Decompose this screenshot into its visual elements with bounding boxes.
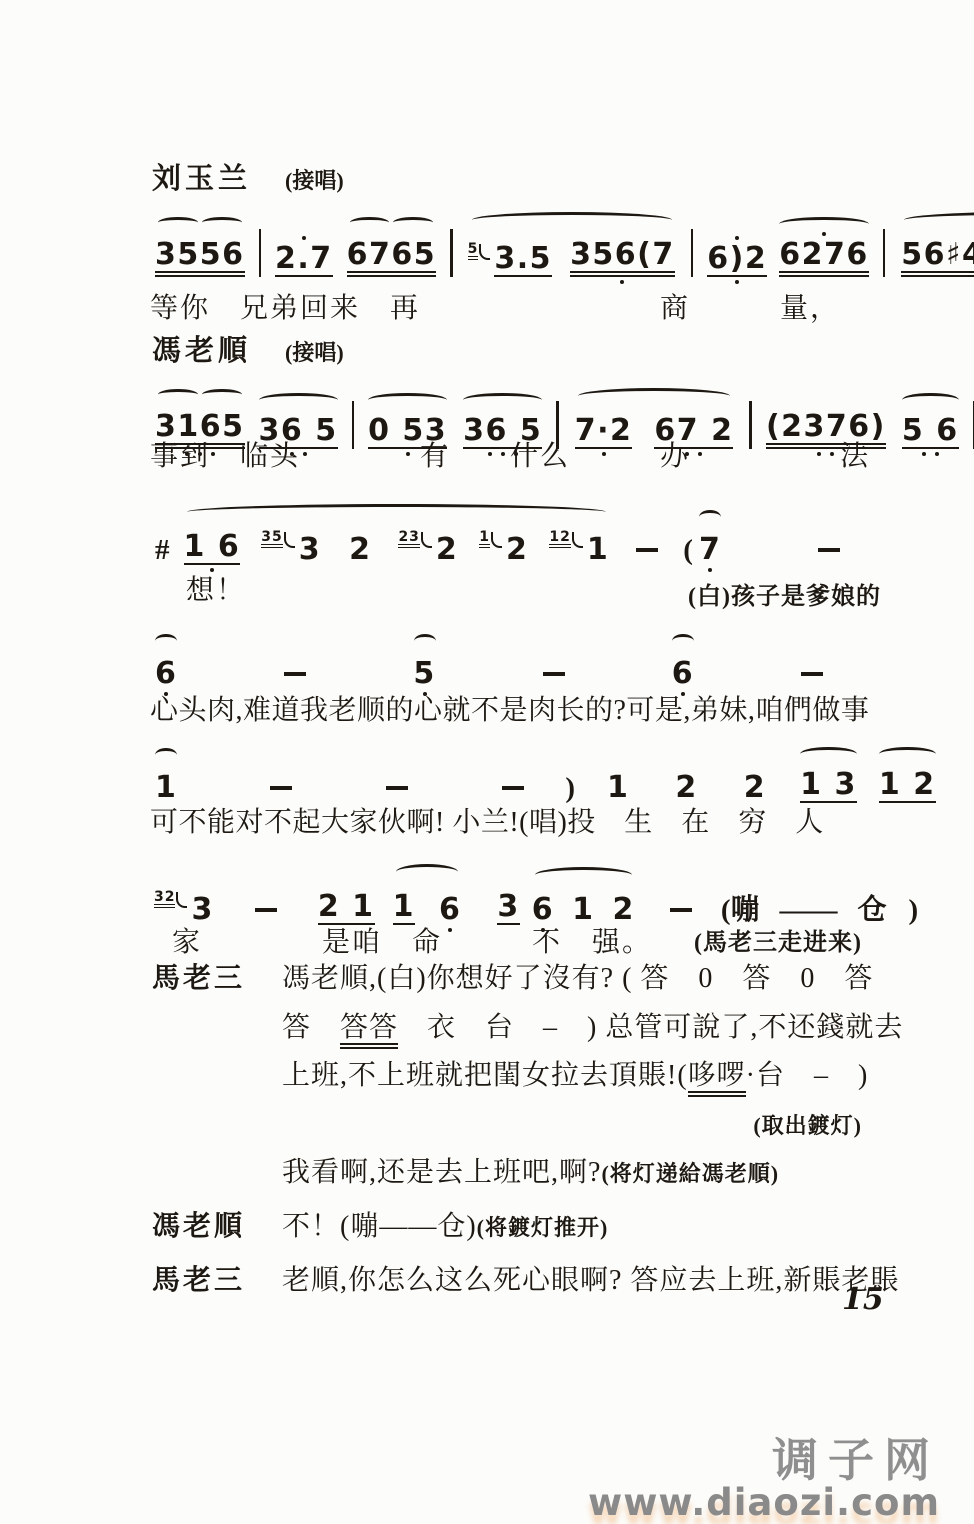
note-digits: # (155, 535, 170, 565)
note-digits: ) (565, 773, 575, 803)
octave-dot-icon (735, 236, 739, 240)
note-digits: 56♯4(3 (901, 239, 974, 278)
slur-arc-icon (396, 864, 459, 880)
dialogue-run: 上班,不上班就把閨女拉去頂賬!( (282, 1060, 688, 1091)
slur-arc-icon (902, 393, 959, 407)
music-line-1: 35562.7676553.5356(76)2627656♯4(3235) (152, 200, 974, 286)
slur-group: 1 6353223212121 (181, 504, 613, 575)
dialogue: 馬老三馮老順,(白)你想好了沒有? ( 答 0 答 0 答答 答答 衣 台 – … (152, 962, 922, 1312)
spacer (860, 811, 876, 812)
slur-arc-icon (904, 212, 974, 228)
dialogue-run: 不！(嘣——仓) (282, 1211, 477, 1242)
note-digits: ) (909, 895, 919, 925)
watermark-site-url: www.diaozi.com (588, 1484, 940, 1523)
slur-arc-icon (779, 217, 869, 231)
note-digits: 2 (436, 534, 458, 566)
dialogue-speaker (152, 1059, 282, 1093)
dialogue-run: 衣 台 – ) 总管可說了,不还錢就去 (398, 1012, 903, 1043)
grace-hook-icon (421, 532, 432, 548)
grace-digits: 1 (479, 530, 490, 548)
note-digits: 1 (587, 534, 609, 566)
dialogue-run: 哆啰 (688, 1060, 746, 1097)
barline (691, 229, 694, 277)
dash-mark (255, 908, 277, 913)
dialogue-text: 答 答答 衣 台 – ) 总管可說了,不还錢就去 (282, 1011, 922, 1045)
grace-hook-icon (284, 532, 295, 548)
slur-arc-icon (535, 867, 632, 883)
dialogue-run: 馮老順,(白)你想好了沒有? ( 答 0 答 0 答 (282, 963, 873, 994)
music-note: 6276 (779, 230, 869, 287)
dash-mark (818, 548, 840, 553)
grace-note: 12 (549, 530, 582, 548)
note-digits: 1 (607, 772, 629, 804)
grace-digits: 32 (154, 890, 175, 908)
dialogue-speaker: 馬老三 (152, 962, 282, 996)
note-digits: 3.5 (494, 243, 552, 278)
dialogue-speaker (152, 1011, 282, 1045)
spacer (374, 573, 396, 574)
dash-mark (801, 672, 823, 677)
tie-arc-icon (672, 634, 694, 648)
dialogue-text: (取出鍍灯) (282, 1108, 922, 1142)
slur-group: 56♯4(3235) (898, 212, 974, 287)
dialogue-speaker (152, 1156, 282, 1190)
note-digits: (嘣 (721, 895, 760, 925)
music-line-4: 656 (152, 612, 827, 698)
note-digits: 6)2 (707, 243, 767, 278)
music-note: 2.7 (275, 234, 333, 287)
note-digits: 2 (506, 534, 528, 566)
tie-arc-icon (699, 510, 721, 524)
slur-arc-icon (472, 212, 672, 228)
grace-digits: 12 (549, 530, 570, 548)
slur-arcs-icon (348, 217, 436, 228)
barline (450, 229, 453, 277)
dialogue-row: 馬老三馮老順,(白)你想好了沒有? ( 答 0 答 0 答 (152, 962, 922, 996)
dialogue-speaker: 馮老順 (152, 1210, 282, 1244)
dialogue-text: 我看啊,还是去上班吧,啊?(将灯递給馮老順) (282, 1156, 922, 1190)
music-note: 6)2 (707, 234, 767, 287)
dialogue-text: 馮老順,(白)你想好了沒有? ( 答 0 答 0 答 (282, 962, 922, 996)
grace-note: 23 (398, 530, 431, 548)
dialogue-row: 馮老順不！(嘣——仓)(将鍍灯推开) (152, 1210, 922, 1244)
dash-note (636, 548, 658, 575)
note-digits: 5 6 (902, 415, 959, 450)
grace-note: 5 (468, 242, 491, 260)
note-digits: —— (779, 895, 837, 925)
dash-mark (636, 548, 658, 553)
dash-note (818, 548, 840, 575)
grace-note: 1 (479, 530, 502, 548)
octave-dot-icon (620, 280, 624, 284)
grace-note: 35 (261, 530, 294, 548)
grace-note: 32 (154, 890, 187, 908)
slur-arcs-icon (156, 217, 244, 228)
music-note: 2 (436, 525, 458, 575)
speaker-name: 刘玉兰 (152, 163, 251, 195)
dialogue-run: (将鍍灯推开) (477, 1215, 609, 1240)
dialogue-run: (取出鍍灯) (753, 1113, 862, 1138)
section-header-1: 刘玉兰 (接唱) (152, 156, 344, 197)
note-digits: 1 3 (800, 769, 857, 804)
spacer (324, 573, 346, 574)
note-digits: 1 6 (184, 531, 241, 566)
section-header-2: 馮老順 (接唱) (152, 328, 344, 369)
slur-arc-icon (368, 393, 447, 407)
music-glyph (158, 389, 198, 400)
lyric-line-2: 事到 临头 有 什么 办 法 (150, 434, 870, 474)
lyric-line-6: 家 是咱 命 不 强。 (172, 920, 652, 960)
dialogue-run: 答 (282, 1012, 340, 1043)
lyric-line-3: 想！ (186, 568, 246, 608)
dialogue-run: 答答 (340, 1012, 398, 1049)
lyric-line-1: 等你 兄弟回来 再 商 量， (150, 286, 840, 326)
slur-group: 53.5356(7 (466, 212, 678, 287)
spacer (889, 457, 899, 458)
dash-mark (386, 786, 408, 791)
dialogue-run: (将灯递給馮老順) (601, 1161, 779, 1186)
music-glyph (202, 389, 242, 400)
music-note: 1 (587, 525, 609, 575)
music-note: 6765 (347, 230, 437, 287)
note-digits: 仓 (857, 895, 886, 925)
speaker-name: 馮老順 (152, 335, 251, 367)
dialogue-speaker (152, 1108, 282, 1142)
music-note: 3.5 (494, 234, 552, 287)
octave-dot-icon (935, 452, 939, 456)
music-glyph (393, 217, 433, 228)
grace-digits: 5 (468, 242, 479, 260)
note-digits: ( (683, 535, 693, 565)
spacer (173, 573, 179, 574)
dialogue-row: 上班,不上班就把閨女拉去頂賬!(哆啰·台 – ) (152, 1059, 922, 1093)
note-digits: 6 (155, 658, 177, 690)
lyric-line-5: 可不能对不起大家伙啊! 小兰!(唱)投 生 在 穷 人 (150, 800, 824, 840)
cue-label: (接唱) (285, 340, 344, 365)
octave-dot-icon (822, 232, 826, 236)
music-glyph (350, 217, 390, 228)
grace-hook-icon (491, 532, 502, 548)
music-symbol: ) (909, 886, 919, 934)
watermark: 调子网 www.diaozi.com (588, 1436, 940, 1523)
tie-arc-icon (155, 634, 177, 648)
cue-label: (接唱) (285, 168, 344, 193)
music-glyph (158, 217, 198, 228)
note-digits: 356(7 (570, 239, 675, 278)
note-digits: 5 (413, 658, 435, 690)
music-symbol: # (155, 526, 170, 574)
octave-dots-below (735, 277, 739, 286)
music-note: 7 (699, 525, 721, 575)
music-line-3: #1 6353223212121(7 (152, 488, 844, 574)
octave-dot-icon (735, 280, 739, 284)
music-note: 2 (349, 525, 371, 575)
slur-arc-icon (259, 393, 338, 407)
slur-arc-icon (578, 388, 731, 404)
note-digits: 6765 (347, 239, 437, 278)
dialogue-text: 不！(嘣——仓)(将鍍灯推开) (282, 1210, 922, 1244)
dash-note (670, 908, 692, 935)
dialogue-text: 老順,你怎么这么死心眼啊? 答应去上班,新賬老賬 (282, 1264, 922, 1298)
spacer (461, 573, 477, 574)
page-number: 15 (842, 1282, 884, 1317)
note-digits: 3 (299, 534, 321, 566)
dialogue-row: (取出鍍灯) (152, 1108, 922, 1142)
dash-mark (543, 672, 565, 677)
spacer (890, 933, 906, 934)
dialogue-speaker: 馬老三 (152, 1264, 282, 1298)
octave-dot-icon (302, 236, 306, 240)
music-glyph (202, 217, 242, 228)
music-note: 356(7 (570, 230, 675, 287)
score-page: 刘玉兰 (接唱) 35562.7676553.5356(76)2627656♯4… (0, 0, 974, 1524)
music-note: 3556 (155, 230, 245, 287)
dialogue-run: 老順,你怎么这么死心眼啊? 答应去上班,新賬老賬 (282, 1265, 899, 1296)
note-digits: 3556 (155, 239, 245, 278)
slur-arc-icon (879, 747, 936, 761)
music-note: 56♯4(3 (901, 230, 974, 287)
tie-arc-icon (414, 634, 436, 648)
dialogue-run: ·台 – ) (746, 1060, 869, 1091)
dialogue-row: 馬老三老順,你怎么这么死心眼啊? 答应去上班,新賬老賬 (152, 1264, 922, 1298)
slur-arc-icon (800, 747, 857, 761)
music-note: 2 (506, 525, 528, 575)
grace-hook-icon (479, 244, 490, 260)
octave-dot-icon (922, 452, 926, 456)
slur-arc-icon (187, 504, 607, 520)
note-digits: 7 (699, 534, 721, 566)
music-note: 5 6 (902, 406, 959, 459)
octave-dots-below (620, 277, 624, 286)
dash-mark (502, 786, 524, 791)
spoken-text: (白)孩子是爹娘的 (688, 576, 881, 611)
lyric-line-4: 心头肉,难道我老顺的心就不是肉长的?可是,弟妹,咱們做事 (150, 688, 869, 728)
dialogue-row: 我看啊,还是去上班吧,啊?(将灯递給馮老順) (152, 1156, 922, 1190)
note-digits: 1 (155, 772, 177, 804)
note-digits: 2 (349, 534, 371, 566)
spacer (614, 573, 632, 574)
dash-mark (670, 908, 692, 913)
tie-arc-icon (155, 748, 177, 762)
slur-arcs-icon (156, 389, 244, 400)
spacer (724, 573, 814, 574)
octave-dots-below (708, 565, 712, 574)
barline (259, 229, 262, 277)
grace-digits: 23 (398, 530, 419, 548)
note-digits: 2.7 (275, 243, 333, 278)
grace-digits: 35 (261, 530, 282, 548)
dialogue-row: 答 答答 衣 台 – ) 总管可說了,不还錢就去 (152, 1011, 922, 1045)
stage-direction: (馬老三走进来) (694, 922, 862, 957)
note-digits: 6 (672, 658, 694, 690)
spacer (662, 573, 680, 574)
dialogue-run: 我看啊,还是去上班吧,啊? (282, 1157, 601, 1188)
grace-hook-icon (176, 892, 187, 908)
note-digits: 2 (744, 772, 766, 804)
octave-dots-below (922, 449, 939, 458)
octave-dot-icon (708, 568, 712, 572)
spacer (531, 573, 547, 574)
music-note: 1 6 (184, 522, 241, 575)
dialogue-text: 上班,不上班就把閨女拉去頂賬!(哆啰·台 – ) (282, 1059, 922, 1093)
slur-arc-icon (463, 393, 542, 407)
dash-mark (270, 786, 292, 791)
dash-mark (284, 672, 306, 677)
note-digits: 2 (675, 772, 697, 804)
note-digits: 6276 (779, 239, 869, 278)
watermark-site-name: 调子网 (588, 1436, 940, 1484)
music-note: 3 (299, 525, 321, 575)
music-symbol: ( (683, 526, 693, 574)
note-digits: 1 2 (879, 769, 936, 804)
grace-hook-icon (572, 532, 583, 548)
barline (883, 229, 886, 277)
music-note: 1 2 (879, 760, 936, 813)
